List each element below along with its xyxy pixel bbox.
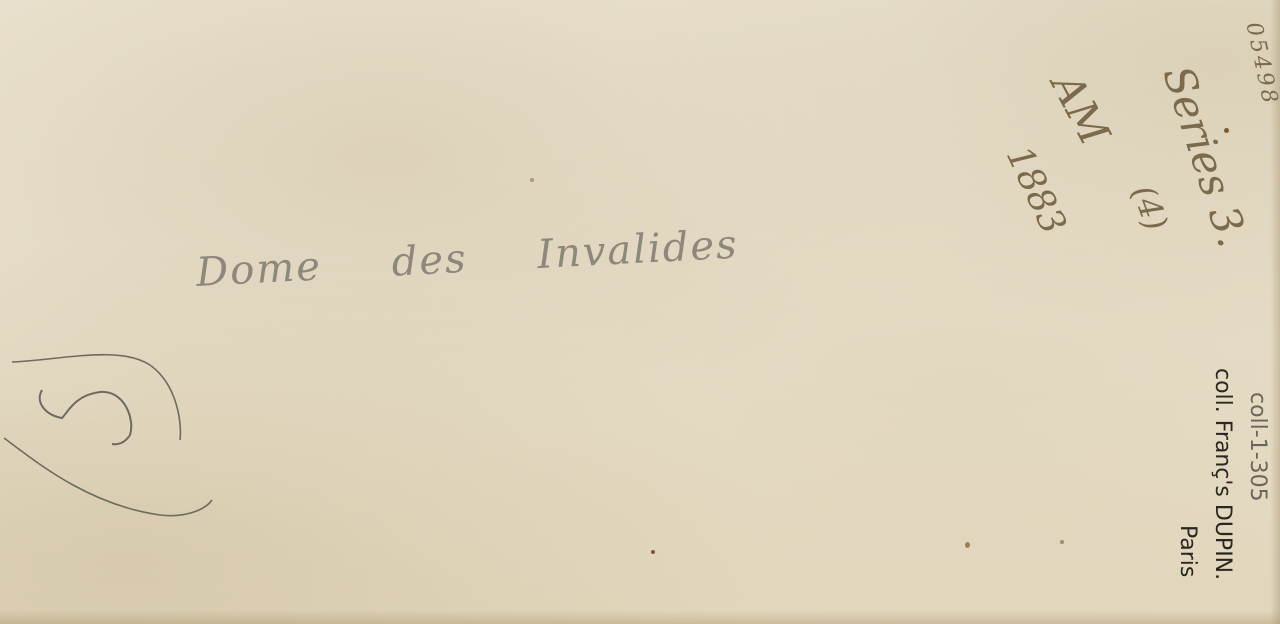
- caption-handwritten: DomedesInvalides: [195, 222, 740, 296]
- stain-spot: [530, 178, 534, 182]
- stain-spot: [1060, 540, 1064, 544]
- caption-word-dome: Dome: [195, 243, 323, 296]
- stain-spot: [651, 550, 655, 554]
- card-edge-bottom: [0, 610, 1280, 624]
- initials: AM: [1042, 65, 1120, 153]
- card-edge-right: [1270, 0, 1280, 624]
- circled-number-mark: [0, 340, 220, 530]
- photo-card-back: DomedesInvalides 05498 Series 3. (4) AM …: [0, 0, 1280, 624]
- stain-spot: [965, 542, 970, 548]
- caption-word-des: des: [390, 236, 468, 286]
- year: 1883: [998, 140, 1074, 240]
- stain-spot: [1224, 128, 1229, 133]
- series-number: (4): [1124, 180, 1175, 236]
- caption-word-invalides: Invalides: [536, 222, 740, 278]
- collection-owner: coll. Franç's DUPIN.: [1210, 368, 1235, 580]
- collection-city: Paris: [1175, 525, 1200, 577]
- collection-id: coll-1-305: [1245, 392, 1270, 502]
